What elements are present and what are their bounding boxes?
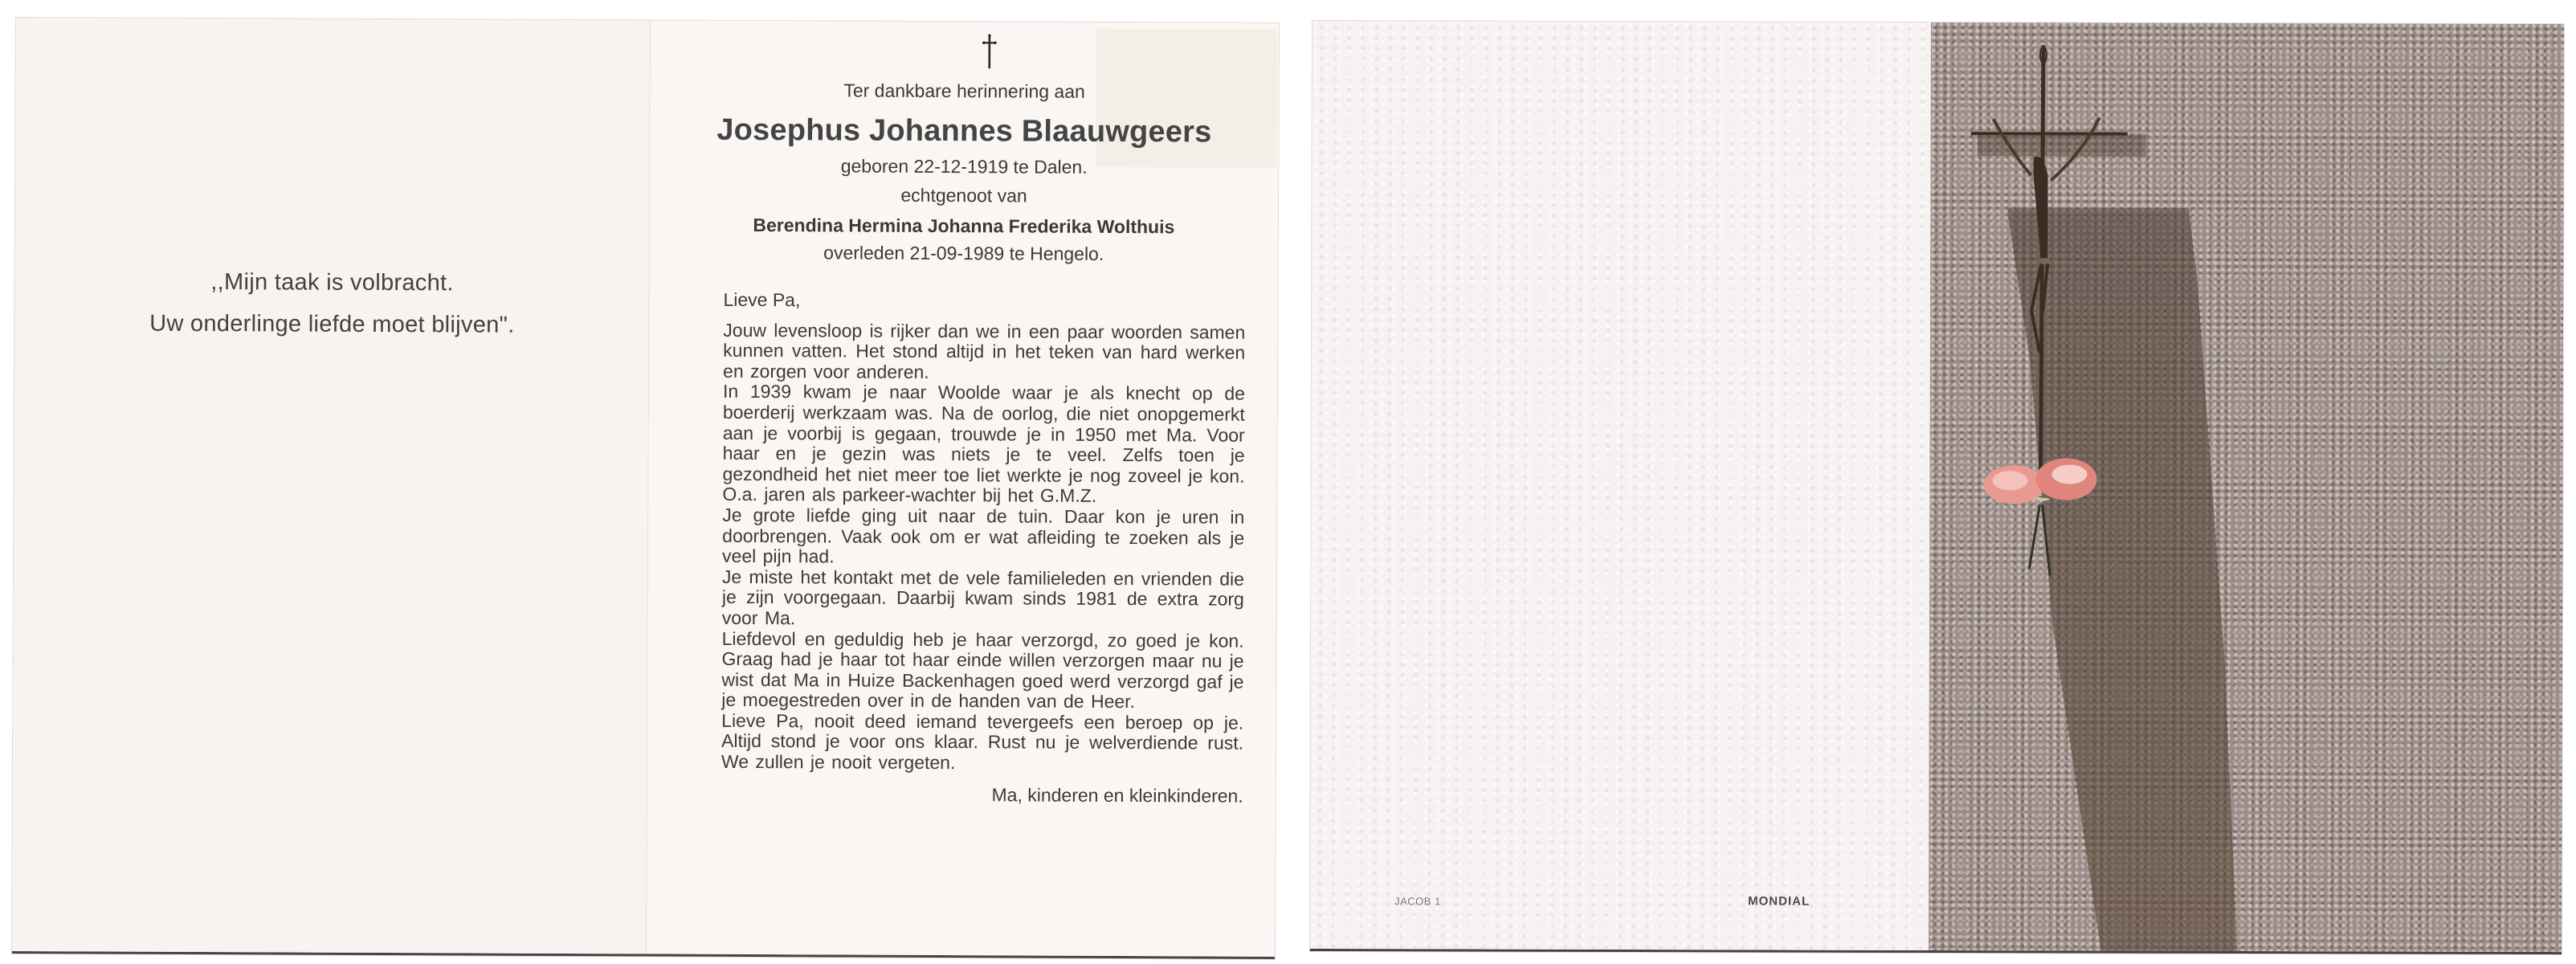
- letter-paragraph: In 1939 kwam je naar Woolde waar je als …: [722, 382, 1245, 507]
- relation-text: echtgenoot van: [650, 181, 1278, 209]
- spouse-name: Berendina Hermina Johanna Frederika Wolt…: [650, 210, 1278, 241]
- front-photo: [1929, 22, 2564, 952]
- intro-text: Ter dankbare herinnering aan: [651, 76, 1279, 104]
- quote-line-2: Uw onderlinge liefde moet blijven".: [14, 302, 649, 346]
- letter-paragraph: Liefdevol en geduldig heb je haar verzor…: [721, 628, 1243, 713]
- memorial-quote: ,,Mijn taak is volbracht. Uw onderlinge …: [14, 260, 649, 346]
- letter-paragraph: Je miste het kontakt met de vele familie…: [722, 567, 1244, 631]
- publisher-imprint: MONDIAL: [1748, 894, 1810, 908]
- obituary-header: Ter dankbare herinnering aan Josephus Jo…: [650, 76, 1279, 267]
- memorial-letter: Lieve Pa, Jouw levensloop is rijker dan …: [721, 290, 1246, 807]
- letter-signature: Ma, kinderen en kleinkinderen.: [721, 783, 1243, 806]
- letter-paragraph: Je grote liefde ging uit naar de tuin. D…: [722, 505, 1244, 570]
- back-panel: JACOB 1 MONDIAL: [1310, 21, 1931, 950]
- imprint-code: JACOB 1: [1394, 895, 1441, 907]
- letter-paragraph: Lieve Pa, nooit deed iemand tevergeefs e…: [721, 711, 1243, 775]
- crucifix-image: [1929, 22, 2562, 952]
- text-panel: Ter dankbare herinnering aan Josephus Jo…: [647, 20, 1279, 956]
- card-outside: JACOB 1 MONDIAL: [1310, 21, 2564, 954]
- death-info: overleden 21-09-1989 te Hengelo.: [650, 239, 1278, 267]
- birth-info: geboren 22-12-1919 te Dalen.: [650, 152, 1278, 180]
- card-inside: ,,Mijn taak is volbracht. Uw onderlinge …: [12, 18, 1279, 959]
- quote-panel: ,,Mijn taak is volbracht. Uw onderlinge …: [12, 18, 651, 954]
- deceased-name: Josephus Johannes Blaauwgeers: [650, 107, 1278, 154]
- letter-paragraph: Jouw levensloop is rijker dan we in een …: [723, 320, 1245, 384]
- cross-icon: [982, 33, 998, 70]
- quote-line-1: ,,Mijn taak is volbracht.: [14, 260, 649, 304]
- letter-greeting: Lieve Pa,: [723, 290, 1245, 312]
